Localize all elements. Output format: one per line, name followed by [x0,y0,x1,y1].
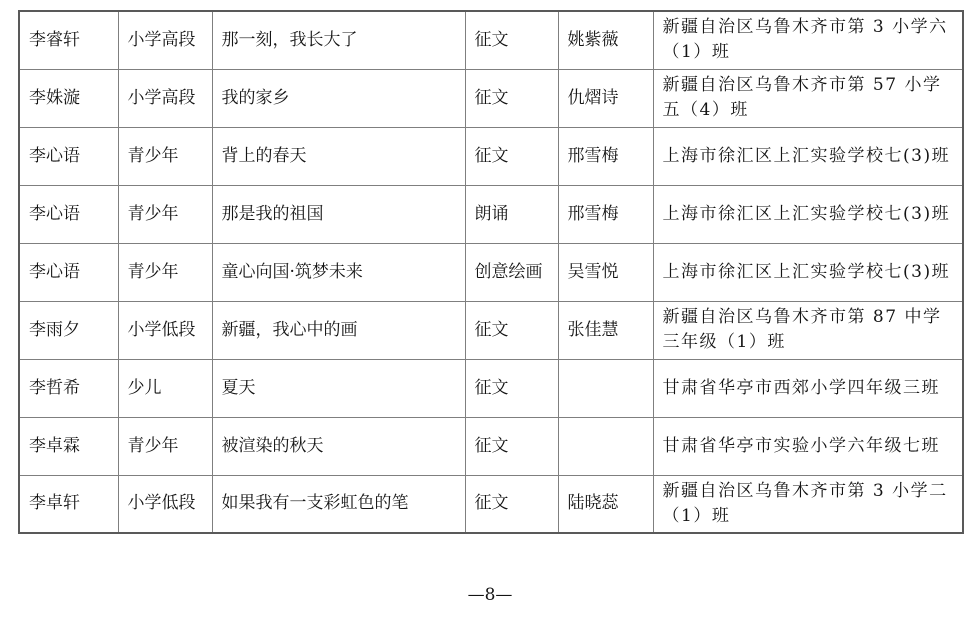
cell-entrant-name: 李心语 [19,127,118,185]
cell-school: 甘肃省华亭市西郊小学四年级三班 [653,359,963,417]
table-row: 李心语 青少年 那是我的祖国 朗诵 邢雪梅 上海市徐汇区上汇实验学校七(3)班 [19,185,963,243]
page-number: —8— [0,585,980,605]
cell-work-title: 被渲染的秋天 [212,417,465,475]
cell-entrant-name: 李卓霖 [19,417,118,475]
entries-table: 李睿轩 小学高段 那一刻，我长大了 征文 姚紫薇 新疆自治区乌鲁木齐市第 3 小… [18,10,964,534]
cell-age-group: 青少年 [118,417,212,475]
cell-category: 朗诵 [465,185,558,243]
cell-entrant-name: 李姝漩 [19,69,118,127]
cell-category: 创意绘画 [465,243,558,301]
cell-age-group: 小学高段 [118,69,212,127]
cell-work-title: 童心向国·筑梦未来 [212,243,465,301]
cell-school: 上海市徐汇区上汇实验学校七(3)班 [653,185,963,243]
cell-teacher [558,417,653,475]
cell-work-title: 那是我的祖国 [212,185,465,243]
cell-work-title: 那一刻，我长大了 [212,11,465,69]
cell-teacher: 吴雪悦 [558,243,653,301]
cell-teacher [558,359,653,417]
cell-teacher: 陆晓蕊 [558,475,653,533]
cell-age-group: 青少年 [118,185,212,243]
entries-table-body: 李睿轩 小学高段 那一刻，我长大了 征文 姚紫薇 新疆自治区乌鲁木齐市第 3 小… [19,11,963,533]
cell-school: 新疆自治区乌鲁木齐市第 3 小学六（1）班 [653,11,963,69]
cell-teacher: 仇熠诗 [558,69,653,127]
cell-entrant-name: 李睿轩 [19,11,118,69]
cell-age-group: 青少年 [118,127,212,185]
cell-category: 征文 [465,359,558,417]
cell-category: 征文 [465,127,558,185]
cell-work-title: 如果我有一支彩虹色的笔 [212,475,465,533]
document-page: 李睿轩 小学高段 那一刻，我长大了 征文 姚紫薇 新疆自治区乌鲁木齐市第 3 小… [0,0,980,627]
cell-work-title: 我的家乡 [212,69,465,127]
cell-entrant-name: 李心语 [19,185,118,243]
cell-age-group: 少儿 [118,359,212,417]
cell-age-group: 青少年 [118,243,212,301]
cell-entrant-name: 李哲希 [19,359,118,417]
cell-teacher: 姚紫薇 [558,11,653,69]
cell-teacher: 张佳慧 [558,301,653,359]
table-row: 李哲希 少儿 夏天 征文 甘肃省华亭市西郊小学四年级三班 [19,359,963,417]
table-row: 李睿轩 小学高段 那一刻，我长大了 征文 姚紫薇 新疆自治区乌鲁木齐市第 3 小… [19,11,963,69]
cell-category: 征文 [465,417,558,475]
cell-work-title: 背上的春天 [212,127,465,185]
cell-age-group: 小学低段 [118,475,212,533]
cell-category: 征文 [465,11,558,69]
cell-school: 上海市徐汇区上汇实验学校七(3)班 [653,127,963,185]
cell-category: 征文 [465,301,558,359]
cell-entrant-name: 李心语 [19,243,118,301]
cell-teacher: 邢雪梅 [558,185,653,243]
cell-age-group: 小学低段 [118,301,212,359]
table-row: 李姝漩 小学高段 我的家乡 征文 仇熠诗 新疆自治区乌鲁木齐市第 57 小学五（… [19,69,963,127]
table-row: 李心语 青少年 童心向国·筑梦未来 创意绘画 吴雪悦 上海市徐汇区上汇实验学校七… [19,243,963,301]
table-row: 李卓轩 小学低段 如果我有一支彩虹色的笔 征文 陆晓蕊 新疆自治区乌鲁木齐市第 … [19,475,963,533]
cell-category: 征文 [465,69,558,127]
cell-teacher: 邢雪梅 [558,127,653,185]
cell-school: 甘肃省华亭市实验小学六年级七班 [653,417,963,475]
table-row: 李心语 青少年 背上的春天 征文 邢雪梅 上海市徐汇区上汇实验学校七(3)班 [19,127,963,185]
cell-category: 征文 [465,475,558,533]
cell-work-title: 新疆，我心中的画 [212,301,465,359]
table-row: 李卓霖 青少年 被渲染的秋天 征文 甘肃省华亭市实验小学六年级七班 [19,417,963,475]
cell-school: 新疆自治区乌鲁木齐市第 87 中学三年级（1）班 [653,301,963,359]
cell-work-title: 夏天 [212,359,465,417]
cell-entrant-name: 李雨夕 [19,301,118,359]
cell-entrant-name: 李卓轩 [19,475,118,533]
cell-school: 新疆自治区乌鲁木齐市第 3 小学二（1）班 [653,475,963,533]
cell-school: 上海市徐汇区上汇实验学校七(3)班 [653,243,963,301]
cell-age-group: 小学高段 [118,11,212,69]
table-row: 李雨夕 小学低段 新疆，我心中的画 征文 张佳慧 新疆自治区乌鲁木齐市第 87 … [19,301,963,359]
cell-school: 新疆自治区乌鲁木齐市第 57 小学五（4）班 [653,69,963,127]
